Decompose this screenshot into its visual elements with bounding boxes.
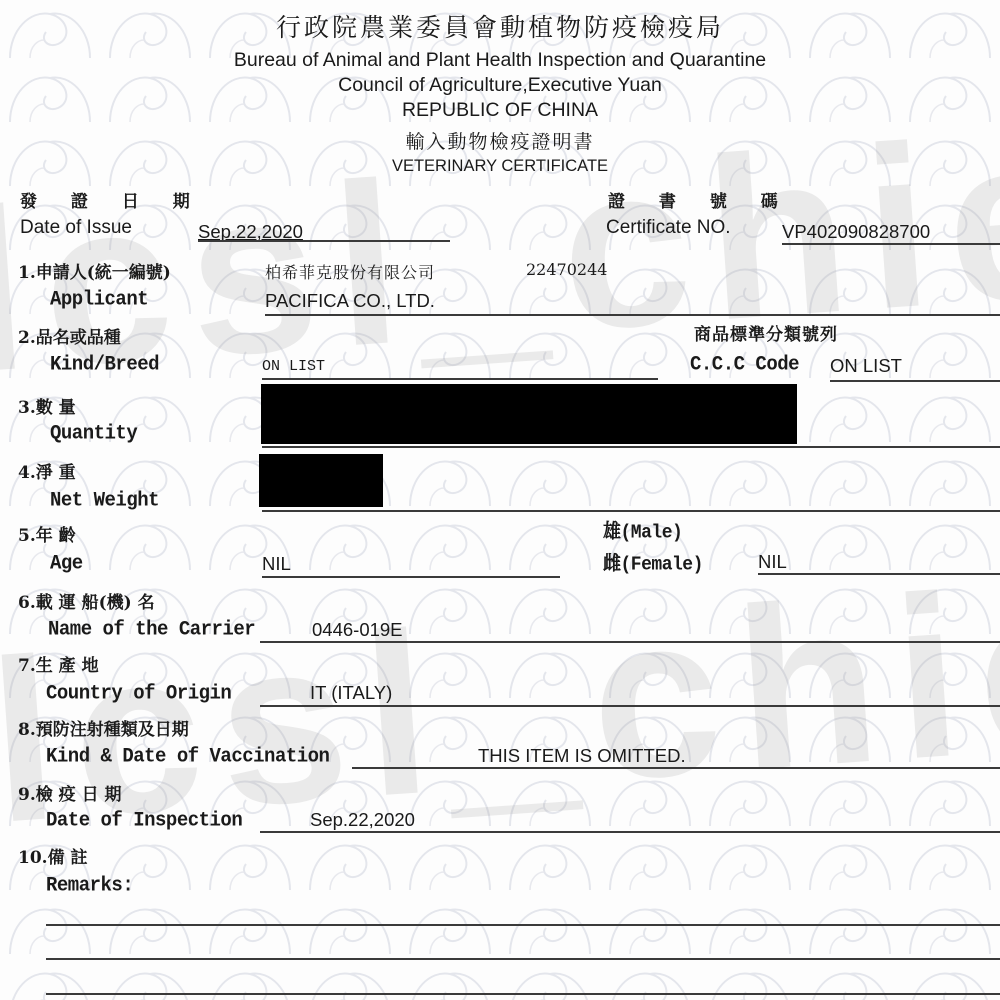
remarks-label: Remarks: bbox=[46, 873, 133, 897]
ccc-code-label-chinese: 商品標準分類號列 bbox=[694, 320, 838, 345]
certificate-number-value: VP402090828700 bbox=[782, 221, 930, 243]
sex-underline bbox=[758, 573, 1000, 575]
age-label: Age bbox=[50, 551, 83, 575]
remarks-line-1 bbox=[46, 924, 1000, 926]
country-name: REPUBLIC OF CHINA bbox=[0, 99, 1000, 122]
quantity-redaction bbox=[261, 384, 797, 444]
remarks-line-3 bbox=[46, 993, 1000, 995]
kind-label-chinese: 2.品名或品種 bbox=[18, 323, 121, 348]
kind-label: Kind/Breed bbox=[50, 352, 159, 376]
vaccination-label: Kind & Date of Vaccination bbox=[46, 744, 329, 768]
female-label: 雌(Female) bbox=[603, 548, 703, 576]
council-name: Council of Agriculture,Executive Yuan bbox=[0, 74, 1000, 97]
document-title-english: VETERINARY CERTIFICATE bbox=[0, 157, 1000, 176]
quantity-label-chinese: 3.數 量 bbox=[18, 393, 76, 418]
vaccination-value: THIS ITEM IS OMITTED. bbox=[478, 745, 686, 767]
certificate-number-label-chinese: 證 書 號 碼 bbox=[608, 187, 792, 212]
agency-name-english: Bureau of Animal and Plant Health Inspec… bbox=[0, 49, 1000, 72]
male-label: 雄(Male) bbox=[603, 516, 682, 544]
applicant-name-english: PACIFICA CO., LTD. bbox=[265, 290, 435, 312]
applicant-name-chinese: 柏希菲克股份有限公司 bbox=[265, 260, 435, 283]
remarks-line-2 bbox=[46, 958, 1000, 960]
certificate-number-label: Certificate NO. bbox=[606, 217, 731, 239]
date-of-issue-label-chinese: 發 證 日 期 bbox=[20, 187, 204, 212]
date-of-issue-label: Date of Issue bbox=[20, 217, 132, 239]
document-title-chinese: 輸入動物檢疫證明書 bbox=[0, 127, 1000, 154]
quantity-underline bbox=[262, 446, 1000, 448]
origin-value: IT (ITALY) bbox=[310, 682, 392, 704]
carrier-label: Name of the Carrier bbox=[48, 617, 255, 641]
carrier-label-chinese: 6.載 運 船(機) 名 bbox=[18, 588, 155, 613]
applicant-underline bbox=[265, 314, 1000, 316]
certificate-number-underline bbox=[782, 243, 1000, 245]
inspection-date-value: Sep.22,2020 bbox=[310, 809, 415, 831]
applicant-label: Applicant bbox=[50, 287, 148, 311]
age-value: NIL bbox=[262, 553, 291, 575]
kind-value: ON LIST bbox=[262, 358, 325, 375]
date-of-issue-underline bbox=[198, 240, 450, 242]
vaccination-underline bbox=[352, 767, 1000, 769]
age-label-chinese: 5.年 齡 bbox=[18, 521, 76, 546]
net-weight-redaction bbox=[259, 454, 383, 507]
vaccination-label-chinese: 8.預防注射種類及日期 bbox=[18, 715, 189, 740]
applicant-tax-id: 22470244 bbox=[526, 260, 607, 279]
ccc-code-value: ON LIST bbox=[830, 355, 902, 377]
kind-underline bbox=[262, 378, 658, 380]
carrier-value: 0446-019E bbox=[312, 619, 403, 641]
ccc-code-label: C.C.C Code bbox=[690, 352, 799, 376]
origin-label-chinese: 7.生 產 地 bbox=[18, 651, 99, 676]
carrier-underline bbox=[260, 641, 1000, 643]
inspection-date-label: Date of Inspection bbox=[46, 808, 242, 832]
inspection-date-label-chinese: 9.檢 疫 日 期 bbox=[18, 780, 122, 805]
applicant-label-chinese: 1.申請人(統一編號) bbox=[18, 258, 171, 283]
net-weight-label-chinese: 4.淨 重 bbox=[18, 458, 76, 483]
origin-label: Country of Origin bbox=[46, 681, 231, 705]
certificate-document: 行政院農業委員會動植物防疫檢疫局 Bureau of Animal and Pl… bbox=[0, 0, 1000, 1000]
age-underline bbox=[262, 576, 560, 578]
ccc-code-underline bbox=[830, 380, 1000, 382]
inspection-date-underline bbox=[260, 831, 1000, 833]
net-weight-underline bbox=[262, 510, 1000, 512]
quantity-label: Quantity bbox=[50, 421, 137, 445]
remarks-label-chinese: 10.備 註 bbox=[18, 843, 88, 868]
agency-name-chinese: 行政院農業委員會動植物防疫檢疫局 bbox=[0, 8, 1000, 44]
origin-underline bbox=[260, 705, 1000, 707]
sex-value: NIL bbox=[758, 551, 787, 573]
net-weight-label: Net Weight bbox=[50, 488, 159, 512]
